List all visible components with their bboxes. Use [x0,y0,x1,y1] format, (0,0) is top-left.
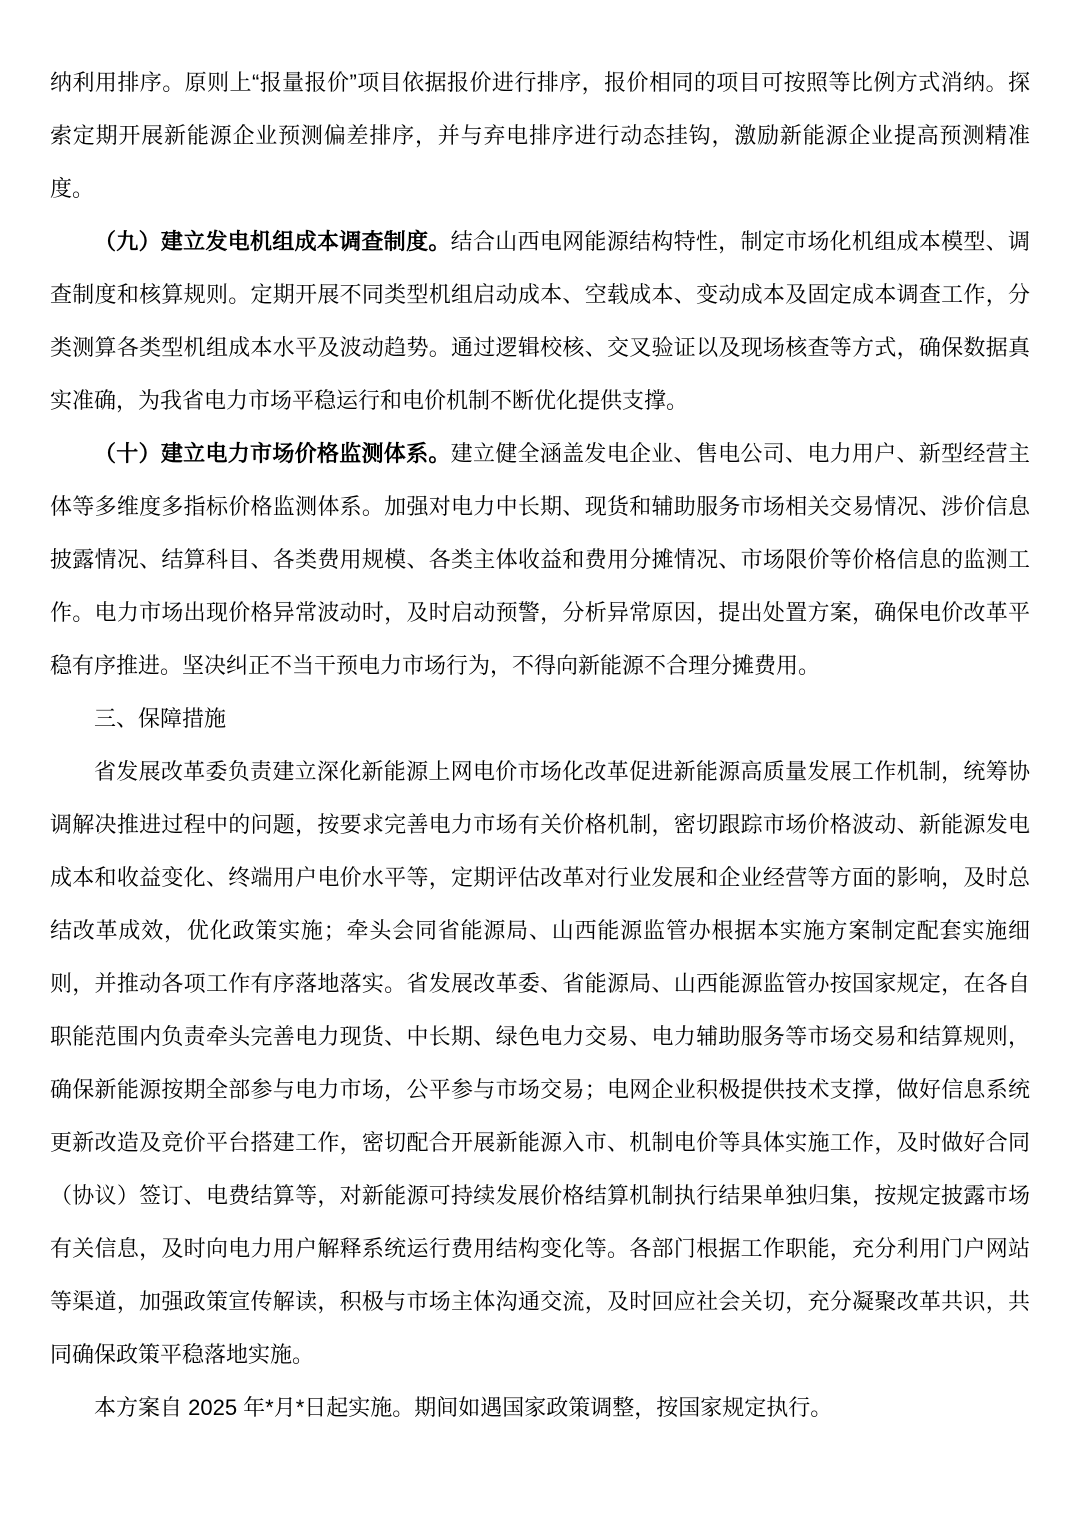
clause-9-body: 结合山西电网能源结构特性，制定市场化机组成本模型、调查制度和核算规则。定期开展不… [50,229,1030,413]
paragraph-continuation: 纳利用排序。原则上“报量报价”项目依据报价进行排序，报价相同的项目可按照等比例方… [50,56,1030,215]
clause-10-title: （十）建立电力市场价格监测体系。 [94,441,451,466]
paragraph-clause-9: （九）建立发电机组成本调查制度。结合山西电网能源结构特性，制定市场化机组成本模型… [50,215,1030,427]
clause-9-title: （九）建立发电机组成本调查制度。 [94,229,451,254]
paragraph-clause-10: （十）建立电力市场价格监测体系。建立健全涵盖发电企业、售电公司、电力用户、新型经… [50,427,1030,692]
paragraph-effective-date: 本方案自 2025 年*月*日起实施。期间如遇国家政策调整，按国家规定执行。 [50,1381,1030,1434]
clause-10-body: 建立健全涵盖发电企业、售电公司、电力用户、新型经营主体等多维度多指标价格监测体系… [50,441,1030,678]
section-heading-safeguard-measures: 三、保障措施 [50,692,1030,745]
paragraph-safeguard-measures: 省发展改革委负责建立深化新能源上网电价市场化改革促进新能源高质量发展工作机制，统… [50,745,1030,1381]
document-page: 纳利用排序。原则上“报量报价”项目依据报价进行排序，报价相同的项目可按照等比例方… [0,0,1080,1526]
